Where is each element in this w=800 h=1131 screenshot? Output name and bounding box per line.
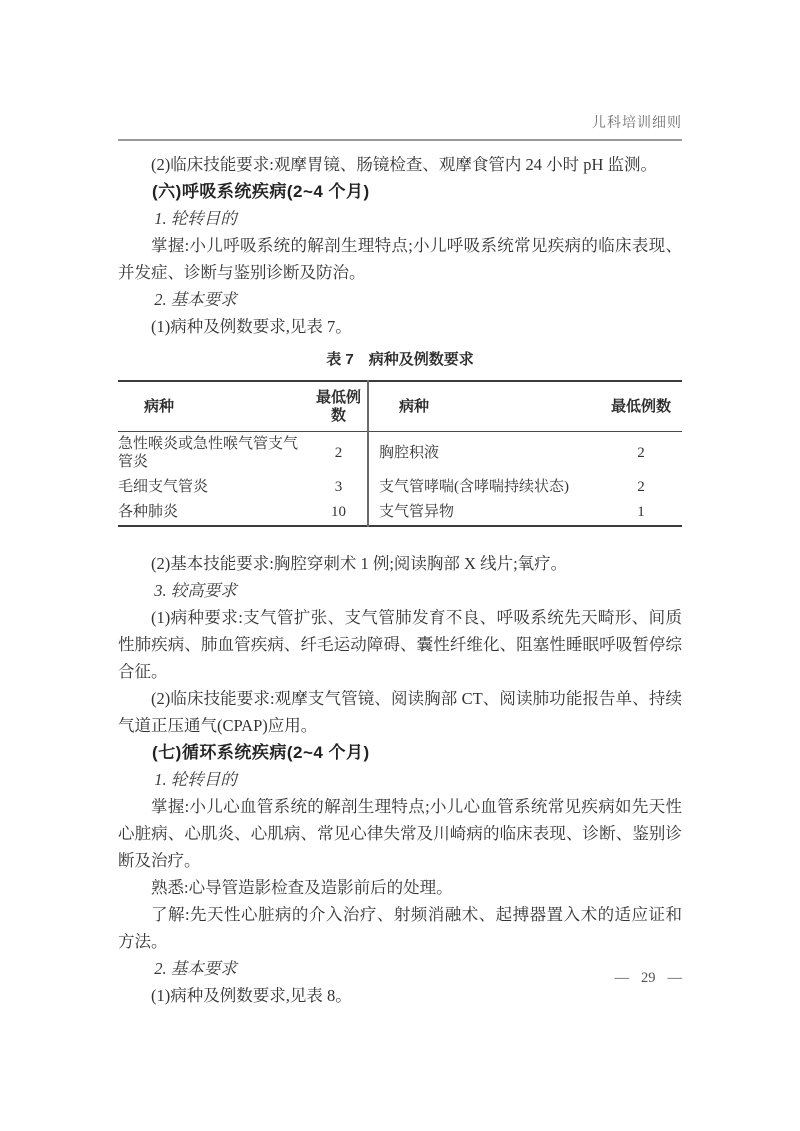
table7-row: 毛细支气管炎 3 支气管哮喘(含哮喘持续状态) 2 xyxy=(118,475,682,500)
circulatory-understand-text: 了解:先天性心脏病的介入治疗、射频消融术、起搏器置入术的适应证和方法。 xyxy=(118,901,682,955)
table7-col-header-min-cases-right: 最低例数 xyxy=(600,381,682,432)
respiratory-higher-skills-text: (2)临床技能要求:观摩支气管镜、阅读胸部 CT、阅读肺功能报告单、持续气道正压… xyxy=(118,685,682,739)
page-number: 29 xyxy=(641,970,656,986)
page-content: (2)临床技能要求:观摩胃镜、肠镜检查、观摩食管内 24 小时 pH 监测。 (… xyxy=(118,151,682,1009)
respiratory-basic-skills-text: (2)基本技能要求:胸腔穿刺术 1 例;阅读胸部 X 线片;氧疗。 xyxy=(118,550,682,577)
running-header-text: 儿科培训细则 xyxy=(592,116,682,131)
table7-cell-disease: 各种肺炎 xyxy=(118,500,310,526)
circulatory-rotation-goal-label: 1. 轮转目的 xyxy=(118,766,682,793)
respiratory-rotation-goal-label: 1. 轮转目的 xyxy=(118,205,682,232)
table7-cell-min-cases: 2 xyxy=(310,432,368,476)
table7-block: 表 7 病种及例数要求 病种 最低例数 病种 最低例数 xyxy=(118,349,682,527)
circulatory-basic-req-label: 2. 基本要求 xyxy=(118,955,682,982)
footer-dash-left: — xyxy=(615,970,630,986)
table7-cell-min-cases: 1 xyxy=(600,500,682,526)
page-footer: —29— xyxy=(615,970,683,987)
circulatory-basic-req-cases: (1)病种及例数要求,见表 8。 xyxy=(118,982,682,1009)
respiratory-higher-disease-text: (1)病种要求:支气管扩张、支气管肺发育不良、呼吸系统先天畸形、间质性肺疾病、肺… xyxy=(118,604,682,685)
table7-col-header-min-cases-left: 最低例数 xyxy=(310,381,368,432)
circulatory-familiar-text: 熟悉:心导管造影检查及造影前后的处理。 xyxy=(118,874,682,901)
table7-cell-min-cases: 2 xyxy=(600,475,682,500)
table7-header-row: 病种 最低例数 病种 最低例数 xyxy=(118,381,682,432)
section-heading-respiratory: (六)呼吸系统疾病(2~4 个月) xyxy=(118,178,682,205)
table7: 病种 最低例数 病种 最低例数 急性喉炎或急性喉气管支气管炎 2 胸腔积液 2 … xyxy=(118,380,682,527)
running-header: 儿科培训细则 xyxy=(118,112,682,141)
respiratory-basic-req-cases: (1)病种及例数要求,见表 7。 xyxy=(118,313,682,340)
section-heading-circulatory: (七)循环系统疾病(2~4 个月) xyxy=(118,739,682,766)
table7-cell-min-cases: 3 xyxy=(310,475,368,500)
table7-cell-disease: 支气管哮喘(含哮喘持续状态) xyxy=(368,475,600,500)
table7-col-header-disease-left: 病种 xyxy=(118,381,310,432)
table7-caption: 表 7 病种及例数要求 xyxy=(118,349,682,371)
table7-cell-disease: 胸腔积液 xyxy=(368,432,600,476)
circulatory-master-text: 掌握:小儿心血管系统的解剖生理特点;小儿心血管系统常见疾病如先天性心脏病、心肌炎… xyxy=(118,793,682,874)
table7-row: 急性喉炎或急性喉气管支气管炎 2 胸腔积液 2 xyxy=(118,432,682,476)
respiratory-higher-req-label: 3. 较高要求 xyxy=(118,577,682,604)
respiratory-rotation-goal-text: 掌握:小儿呼吸系统的解剖生理特点;小儿呼吸系统常见疾病的临床表现、并发症、诊断与… xyxy=(118,232,682,286)
document-page: 儿科培训细则 (2)临床技能要求:观摩胃镜、肠镜检查、观摩食管内 24 小时 p… xyxy=(0,0,800,1131)
respiratory-basic-req-label: 2. 基本要求 xyxy=(118,286,682,313)
table7-cell-min-cases: 10 xyxy=(310,500,368,526)
table7-cell-min-cases: 2 xyxy=(600,432,682,476)
table7-col-header-disease-right: 病种 xyxy=(368,381,600,432)
table7-cell-disease: 支气管异物 xyxy=(368,500,600,526)
table7-cell-disease: 毛细支气管炎 xyxy=(118,475,310,500)
table7-row: 各种肺炎 10 支气管异物 1 xyxy=(118,500,682,526)
table7-cell-disease: 急性喉炎或急性喉气管支气管炎 xyxy=(118,432,310,476)
footer-dash-right: — xyxy=(668,970,683,986)
paragraph-gi-clinical-skills: (2)临床技能要求:观摩胃镜、肠镜检查、观摩食管内 24 小时 pH 监测。 xyxy=(118,151,682,178)
